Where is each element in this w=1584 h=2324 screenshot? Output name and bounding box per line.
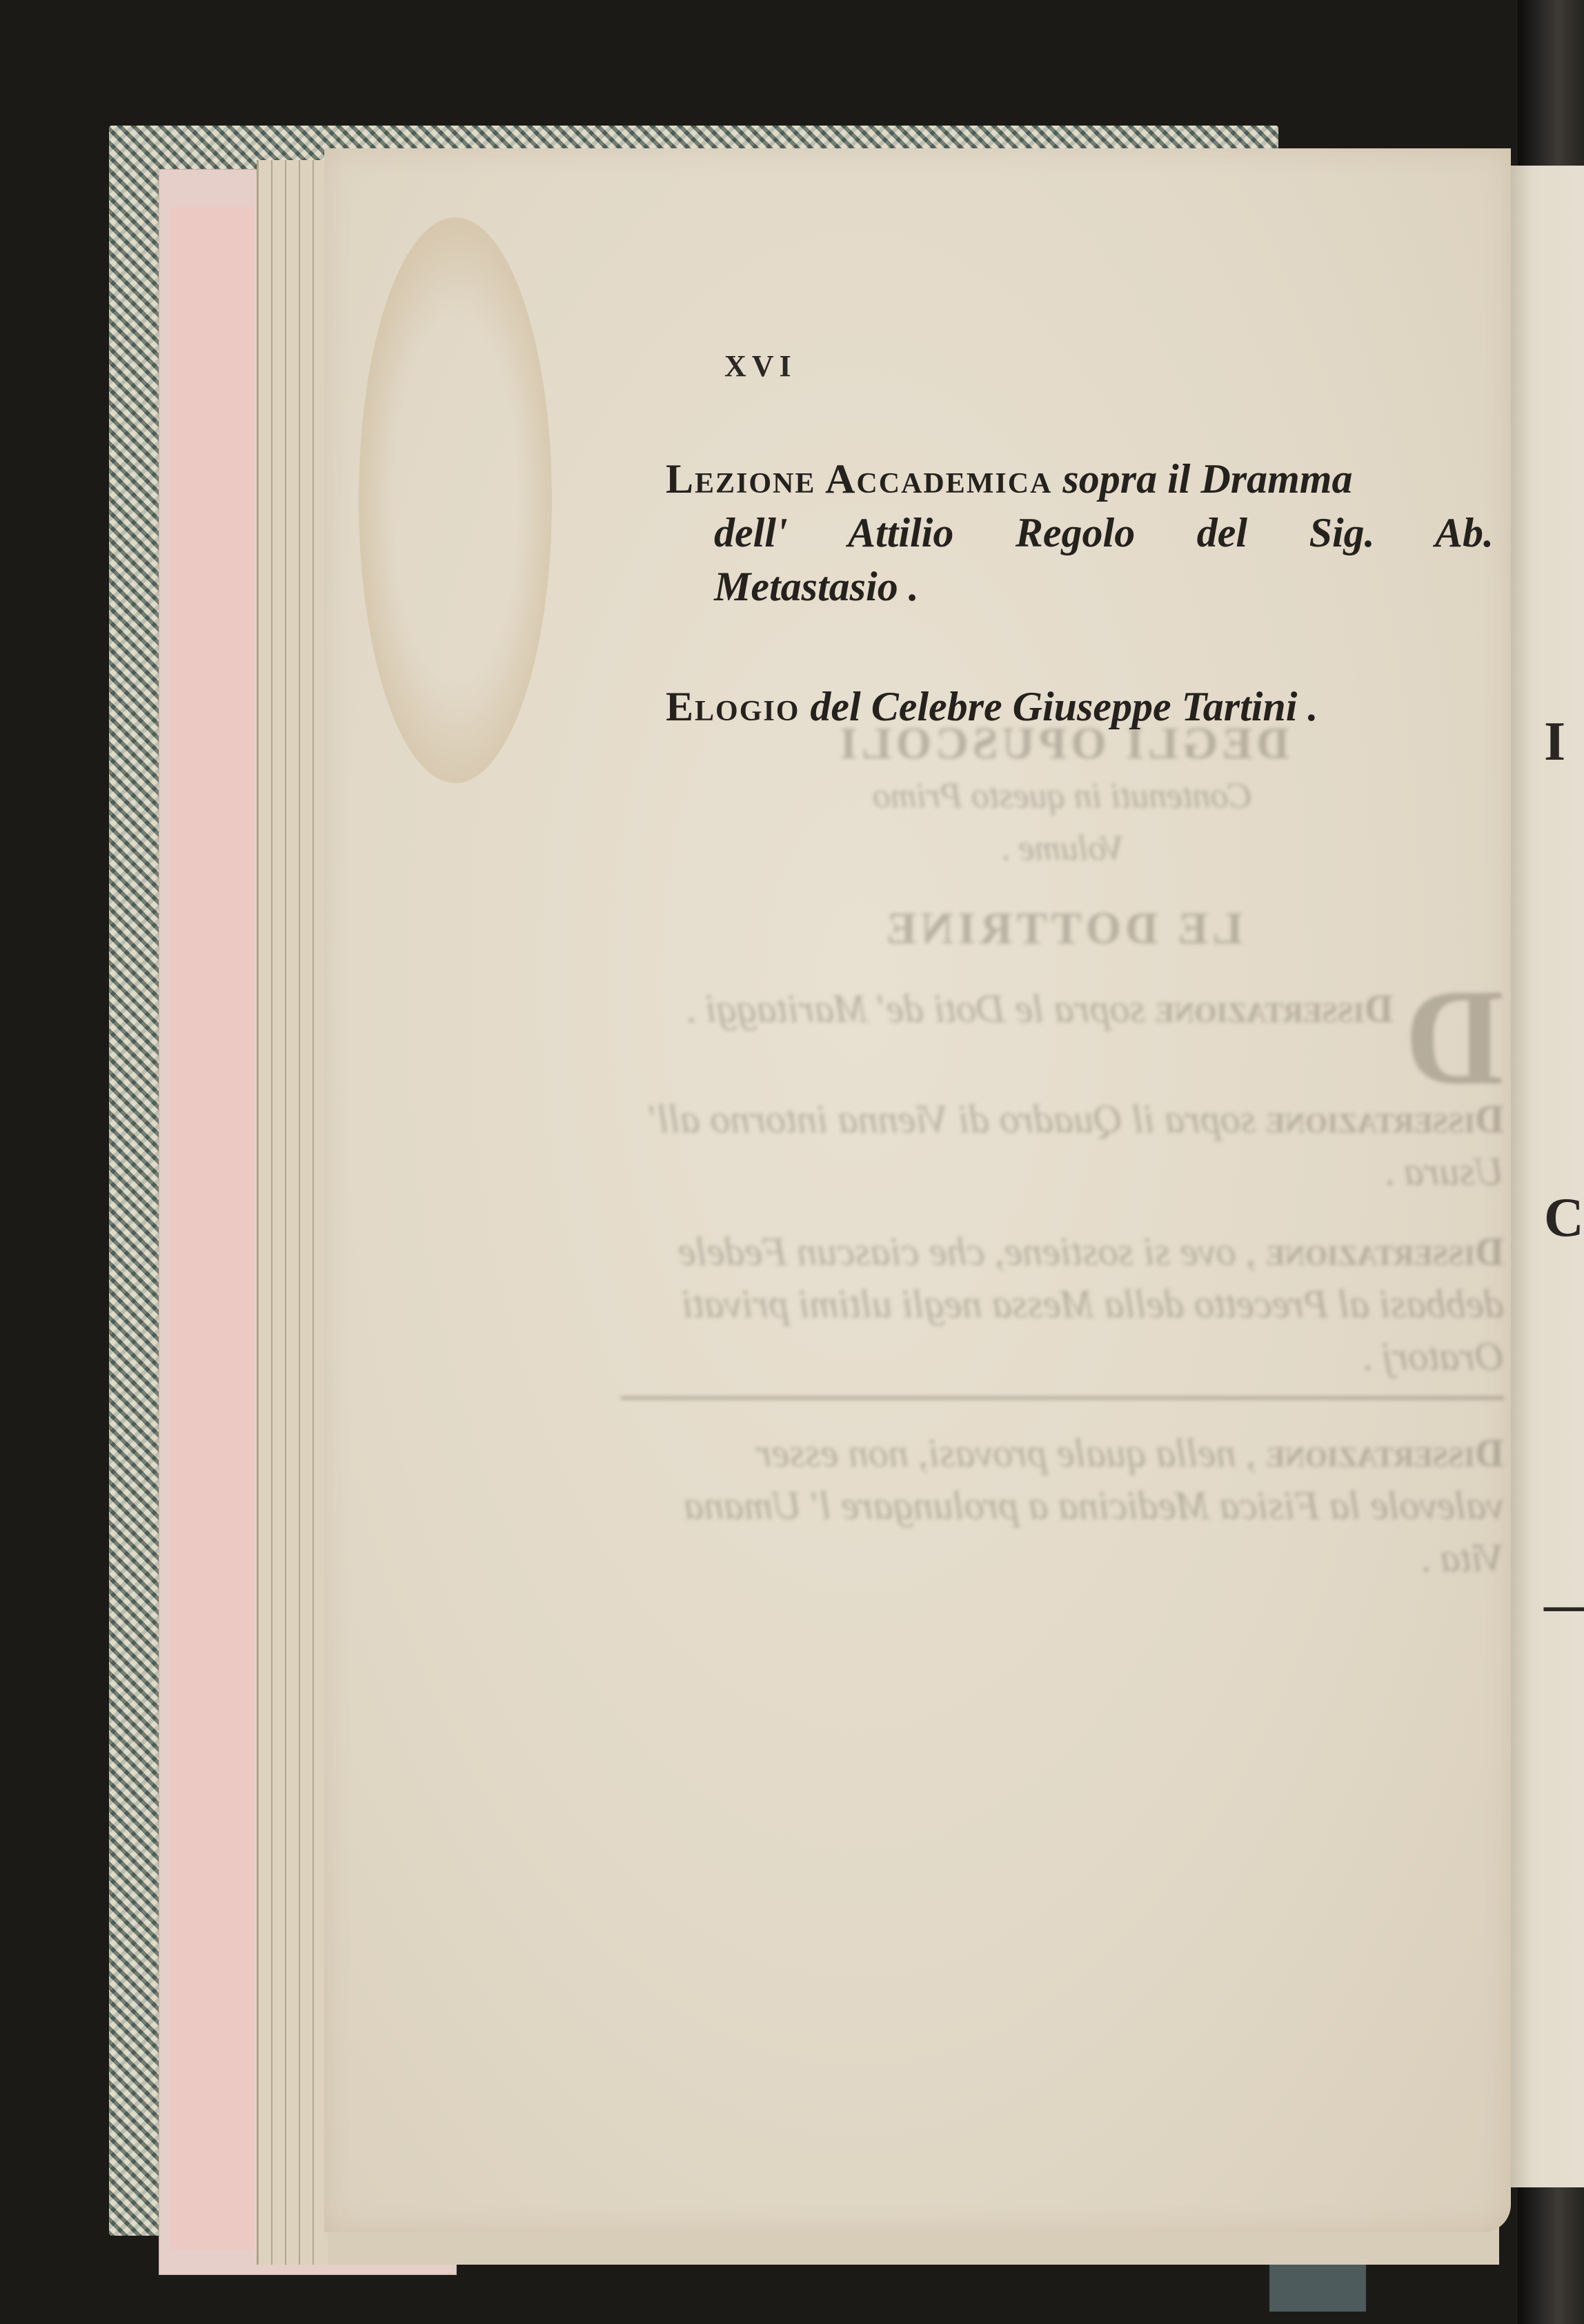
show-through-subtitle: Volume . [621,823,1504,875]
show-through-rule [621,1397,1504,1399]
show-through-item: D Dissertazione sopra le Doti de' Marita… [621,983,1504,1035]
show-through-text: DEGLI OPUSCOLI Contenuti in questo Primo… [621,718,1504,1584]
facing-page-fragment: C [1544,1187,1584,1250]
toc-entry-lead: Lezione Accademica [666,456,1052,502]
show-through-subtitle: Contenuti in questo Primo [621,770,1504,823]
leaf-edge [257,160,273,2265]
toc-entry: Lezione Accademica sopra il Dramma dell'… [666,452,1494,613]
toc-entry-text: del Celebre Giuseppe Tartini . [810,684,1318,729]
toc-entry-lead: Elogio [666,684,800,729]
toc-entry-text: dell' Attilio Regolo del Sig. Ab. [666,506,1494,560]
show-through-item: Dissertazione sopra il Quadro di Vienna … [621,1093,1504,1198]
water-stain [359,217,552,783]
show-through-item: Dissertazione , nella quale provasi, non… [621,1427,1504,1584]
facing-page-fragment: — [1544,1573,1584,1636]
show-through-heading: LE DOTTRINE [621,903,1504,955]
toc-entry-text: sopra il Dramma [1062,456,1352,502]
facing-page-fragment: I [1544,711,1565,774]
toc-entry: Elogio del Celebre Giuseppe Tartini . [666,680,1494,733]
leaf-edge [271,160,286,2265]
leaf-edge [299,160,314,2265]
show-through-item: Dissertazione , ove si sostiene, che cia… [621,1225,1504,1383]
toc-entry-text: Metastasio . [666,560,1494,613]
leaf-edge [285,160,300,2265]
page-number: XVI [724,348,797,384]
pink-endpaper-inner [171,207,254,2249]
facing-page: I C — [1511,166,1584,2187]
